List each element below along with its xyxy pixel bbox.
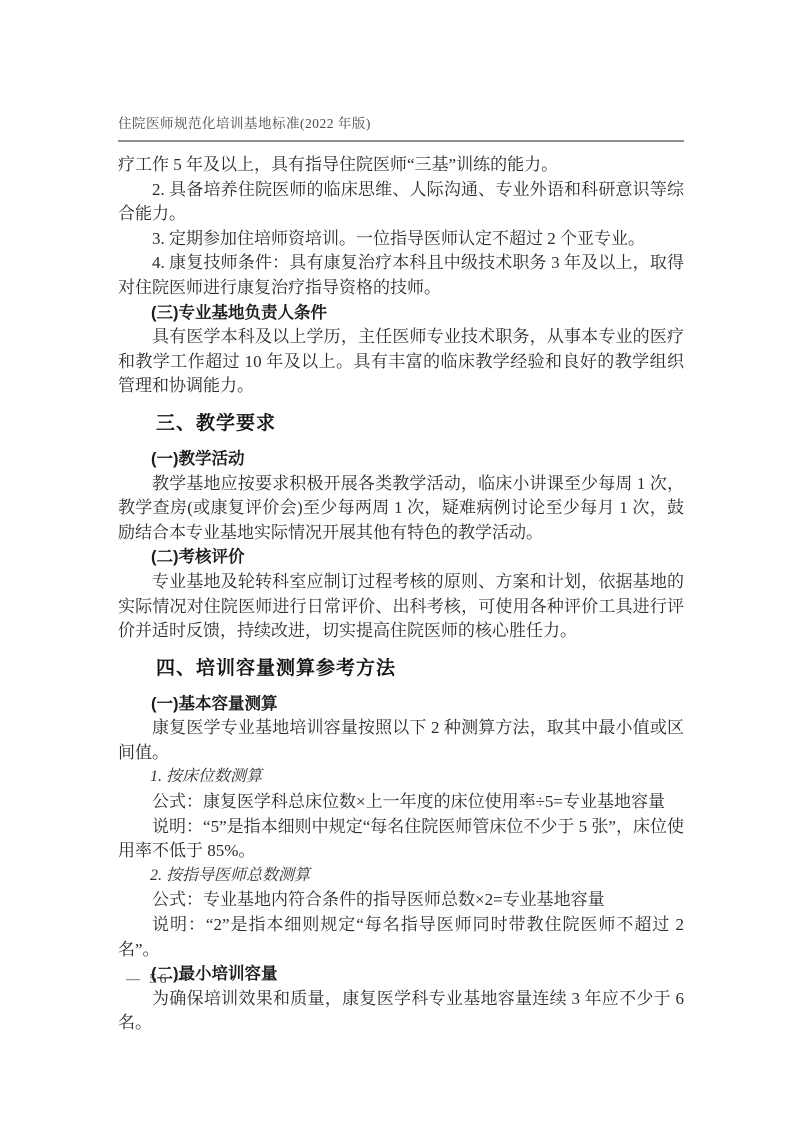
paragraph: 4. 康复技师条件：具有康复治疗本科且中级技术职务 3 年及以上，取得对住院医师… — [118, 251, 684, 300]
paragraph: 专业基地及轮转科室应制订过程考核的原则、方案和计划，依据基地的实际情况对住院医师… — [118, 570, 684, 644]
running-header: 住院医师规范化培训基地标准(2022 年版) — [118, 112, 684, 142]
paragraph: 公式：专业基地内符合条件的指导医师总数×2=专业基地容量 — [118, 888, 684, 913]
paragraph-continuation: 疗工作 5 年及以上，具有指导住院医师“三基”训练的能力。 — [118, 153, 684, 178]
document-body: 疗工作 5 年及以上，具有指导住院医师“三基”训练的能力。2. 具备培养住院医师… — [118, 153, 684, 1036]
paragraph: 具有医学本科及以上学历，主任医师专业技术职务，从事本专业的医疗和教学工作超过 1… — [118, 325, 684, 399]
list-item-kai: 1. 按床位数测算 — [118, 765, 684, 790]
page-content: 住院医师规范化培训基地标准(2022 年版) 疗工作 5 年及以上，具有指导住院… — [118, 112, 684, 1036]
page-number: — 56 — — [126, 972, 193, 988]
subsection-heading: (一)教学活动 — [118, 447, 684, 472]
paragraph: 为确保培训效果和质量，康复医学科专业基地容量连续 3 年应不少于 6 名。 — [118, 987, 684, 1036]
subsection-heading: (二)考核评价 — [118, 545, 684, 570]
section-heading: 三、教学要求 — [118, 409, 684, 439]
subsection-heading: (三)专业基地负责人条件 — [118, 301, 684, 326]
paragraph: 说明：“2”是指本细则规定“每名指导医师同时带教住院医师不超过 2 名”。 — [118, 913, 684, 962]
section-heading: 四、培训容量测算参考方法 — [118, 654, 684, 684]
list-item-kai: 2. 按指导医师总数测算 — [118, 864, 684, 889]
paragraph: 3. 定期参加住培师资培训。一位指导医师认定不超过 2 个亚专业。 — [118, 227, 684, 252]
subsection-heading: (二)最小培训容量 — [118, 962, 684, 987]
paragraph: 说明：“5”是指本细则中规定“每名住院医师管床位不少于 5 张”，床位使用率不低… — [118, 815, 684, 864]
document-page: 住院医师规范化培训基地标准(2022 年版) 疗工作 5 年及以上，具有指导住院… — [0, 0, 800, 1131]
paragraph: 教学基地应按要求积极开展各类教学活动，临床小讲课至少每周 1 次，教学查房(或康… — [118, 472, 684, 546]
paragraph: 公式：康复医学科总床位数×上一年度的床位使用率÷5=专业基地容量 — [118, 790, 684, 815]
subsection-heading: (一)基本容量测算 — [118, 692, 684, 717]
paragraph: 康复医学专业基地培训容量按照以下 2 种测算方法，取其中最小值或区间值。 — [118, 716, 684, 765]
paragraph: 2. 具备培养住院医师的临床思维、人际沟通、专业外语和科研意识等综合能力。 — [118, 178, 684, 227]
